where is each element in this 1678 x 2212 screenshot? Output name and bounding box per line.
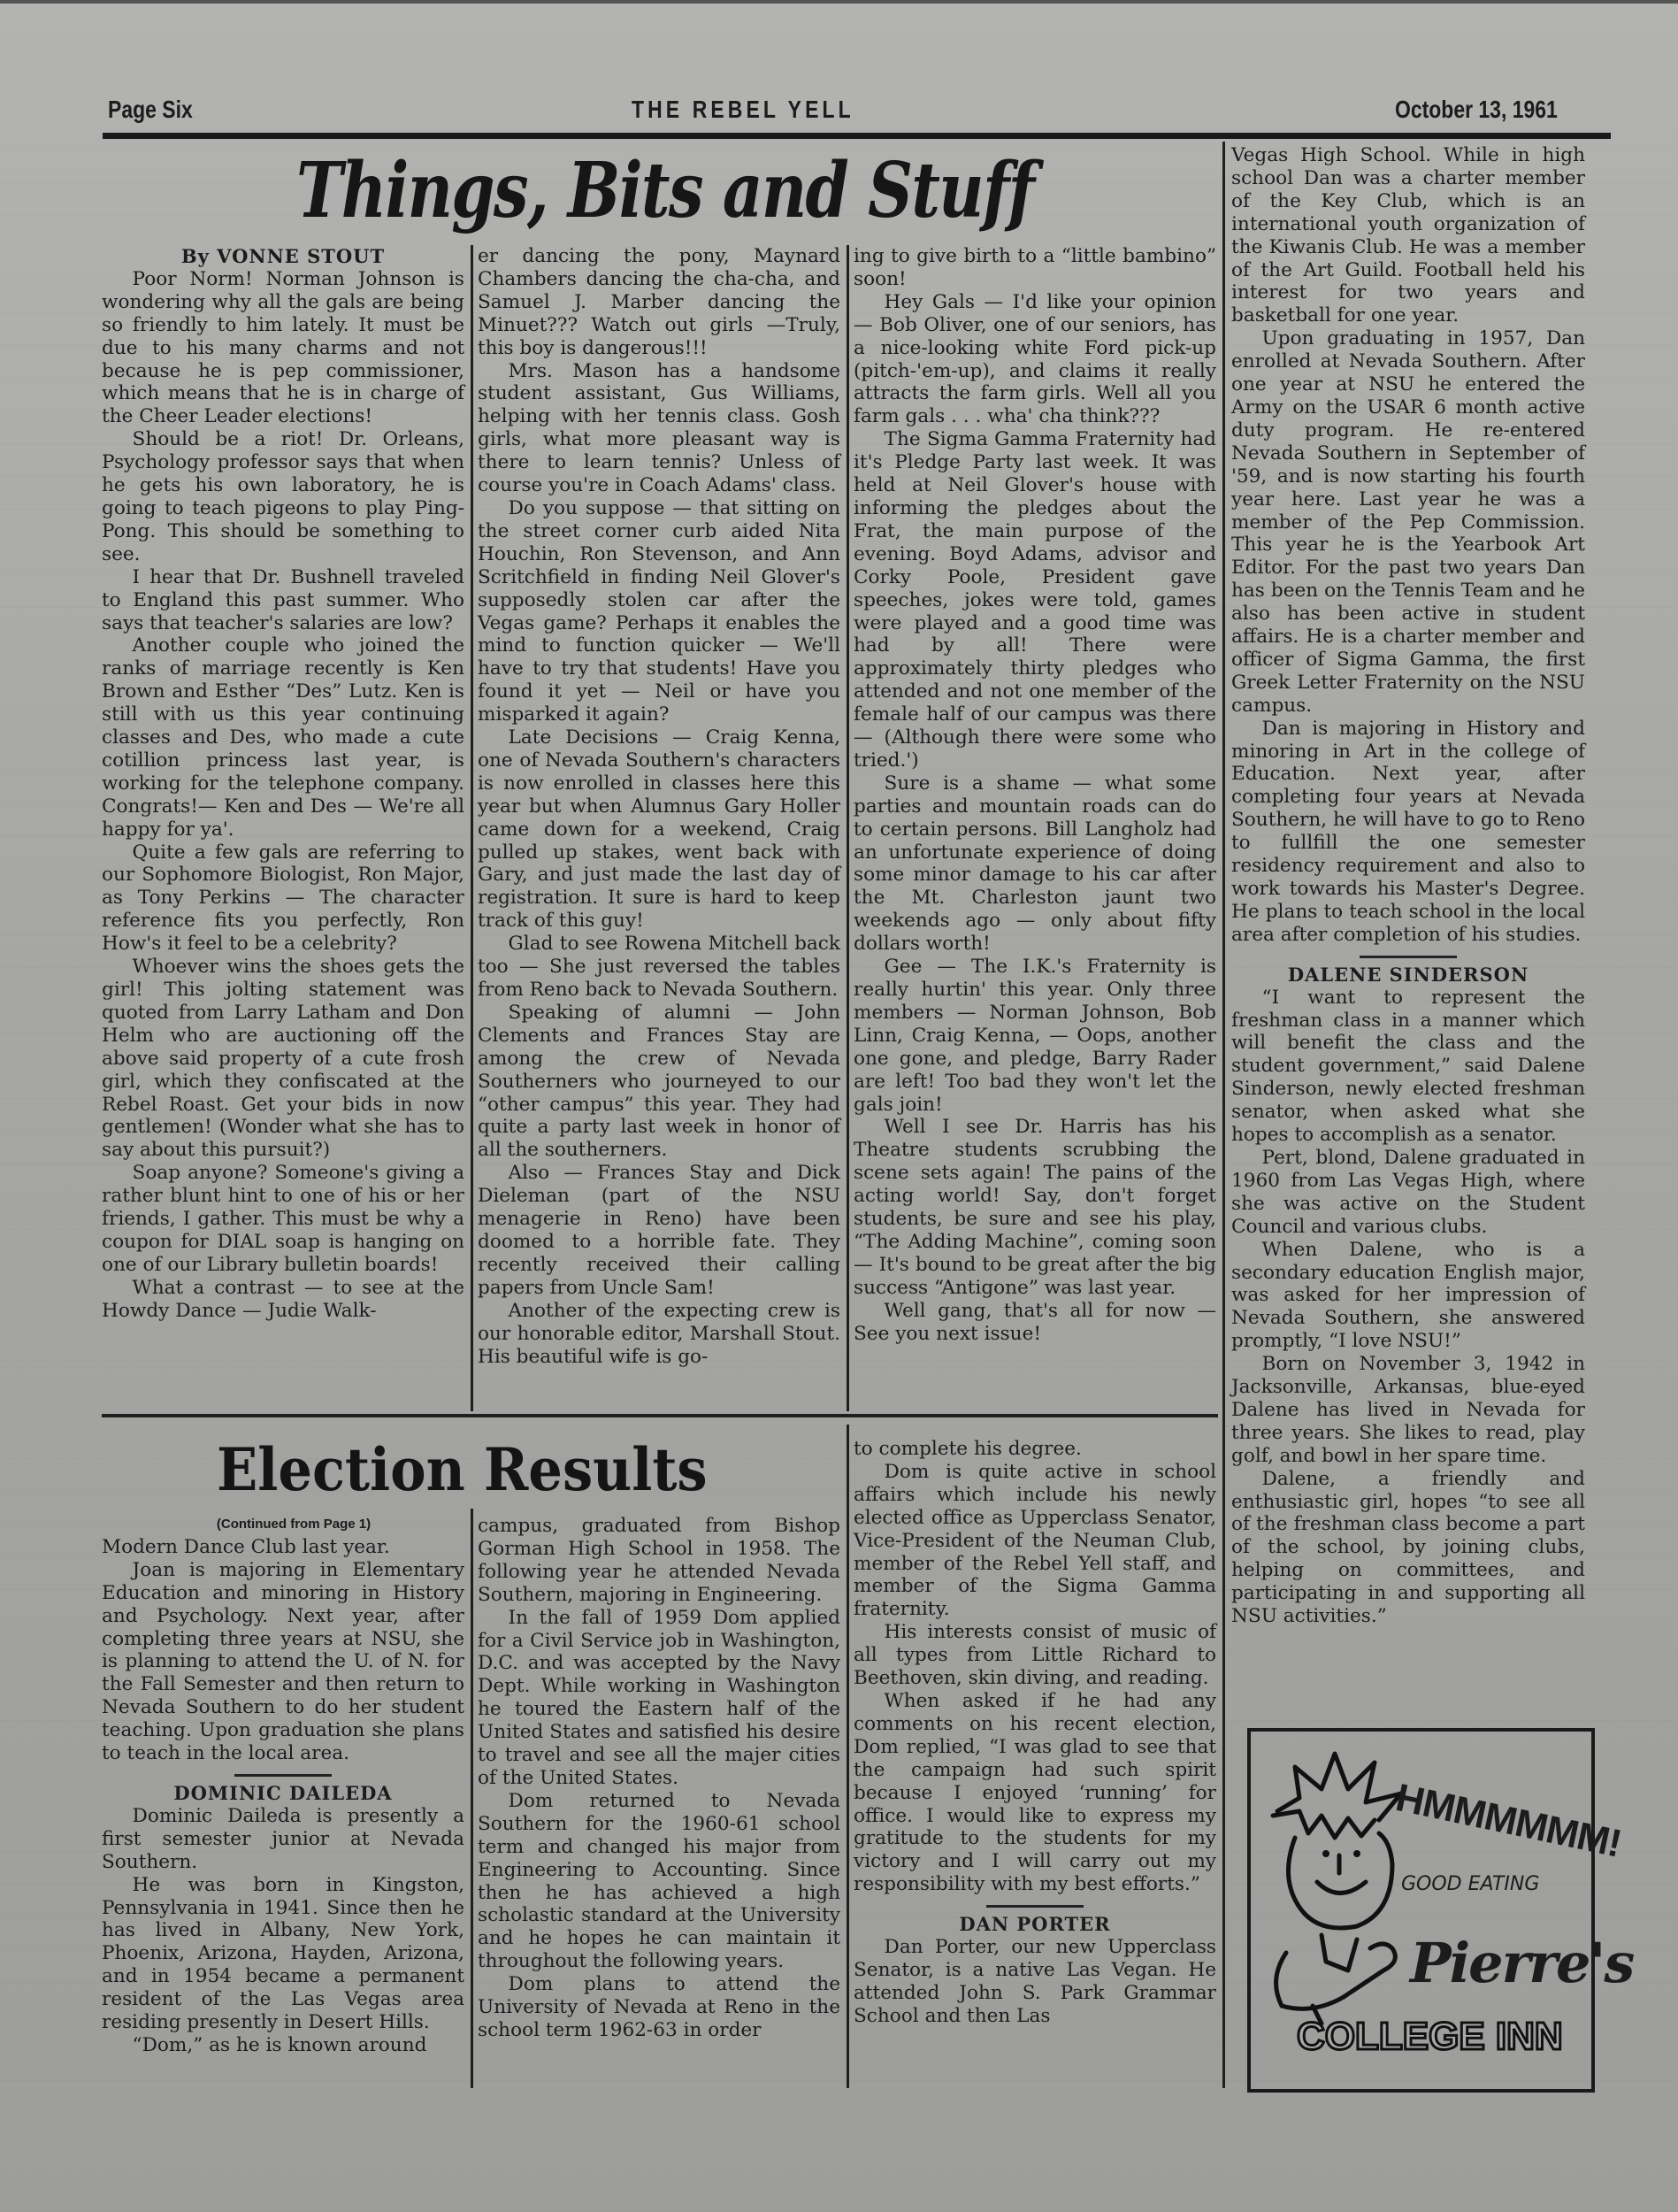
paragraph: When Dalene, who is a secondary educatio… <box>1231 1239 1585 1354</box>
paragraph: Gee — The I.K.'s Fraternity is really hu… <box>854 956 1216 1116</box>
paragraph: Dan Porter, our new Upperclass Senator, … <box>854 1936 1216 2028</box>
subhead-rule <box>1360 956 1457 958</box>
paragraph: Another couple who joined the ranks of m… <box>102 634 464 841</box>
candidate-heading: DOMINIC DAILEDA <box>102 1782 464 1805</box>
gossip-column-1: By VONNE STOUT Poor Norm! Norman Johnson… <box>102 245 464 1323</box>
column-rule <box>847 245 849 1411</box>
paragraph: Dalene, a friendly and enthusiastic girl… <box>1231 1468 1585 1628</box>
ad-exclamation: HMMMMMM! <box>1392 1776 1625 1867</box>
page-number: Page Six <box>108 96 193 124</box>
paragraph: Dan is majoring in History and minoring … <box>1231 718 1585 947</box>
issue-date: October 13, 1961 <box>1395 96 1558 124</box>
paragraph: Quite a few gals are referring to our So… <box>102 841 464 956</box>
page-top-edge <box>0 0 1678 4</box>
election-column-4: Vegas High School. While in high school … <box>1231 144 1585 1628</box>
paragraph: His interests consist of music of all ty… <box>854 1621 1216 1690</box>
election-title: Election Results <box>217 1435 708 1504</box>
paragraph: Another of the expecting crew is our hon… <box>478 1300 840 1369</box>
paragraph: Soap anyone? Someone's giving a rather b… <box>102 1162 464 1277</box>
candidate-heading: DALENE SINDERSON <box>1231 964 1585 987</box>
paragraph: Dom is quite active in school affairs wh… <box>854 1461 1216 1621</box>
paragraph: Joan is majoring in Elementary Education… <box>102 1559 464 1765</box>
cartoon-boy-icon <box>1260 1749 1410 2032</box>
paragraph: Vegas High School. While in high school … <box>1231 144 1585 327</box>
paragraph: Also — Frances Stay and Dick Dieleman (p… <box>478 1162 840 1299</box>
paragraph: He was born in Kingston, Pennsylvania in… <box>102 1874 464 2034</box>
section-divider <box>102 1414 1218 1417</box>
subhead-rule <box>986 1905 1084 1908</box>
paragraph: “Dom,” as he is known around <box>102 2034 464 2057</box>
column-rule <box>471 245 473 1411</box>
masthead: Page Six THE REBEL YELL October 13, 1961 <box>108 96 1629 131</box>
continued-note: (Continued from Page 1) <box>102 1513 464 1536</box>
paragraph: Dominic Daileda is presently a first sem… <box>102 1805 464 1874</box>
gossip-column-2: er dancing the pony, Maynard Chambers da… <box>478 245 840 1368</box>
paragraph: In the fall of 1959 Dom applied for a Ci… <box>478 1607 840 1790</box>
gossip-column-3: ing to give birth to a “little bambino” … <box>854 245 1216 1346</box>
paragraph: Sure is a shame — what some parties and … <box>854 772 1216 956</box>
election-column-3: to complete his degree. Dom is quite act… <box>854 1438 1216 2028</box>
paragraph: Well gang, that's all for now —See you n… <box>854 1300 1216 1346</box>
paragraph: Speaking of alumni — John Clements and F… <box>478 1002 840 1162</box>
paragraph: The Sigma Gamma Fraternity had it's Pled… <box>854 428 1216 772</box>
paragraph: Upon graduating in 1957, Dan enrolled at… <box>1231 327 1585 717</box>
ad-tagline: GOOD EATING <box>1401 1873 1539 1895</box>
paragraph: Hey Gals — I'd like your opinion — Bob O… <box>854 291 1216 428</box>
paragraph: Modern Dance Club last year. <box>102 1536 464 1559</box>
ad-brand: Pierre's <box>1410 1931 1633 1995</box>
paragraph: to complete his degree. <box>854 1438 1216 1461</box>
paragraph: Pert, blond, Dalene graduated in 1960 fr… <box>1231 1147 1585 1239</box>
column-rule <box>1222 142 1225 2088</box>
paragraph: Poor Norm! Norman Johnson is wondering w… <box>102 268 464 428</box>
paragraph: Whoever wins the shoes gets the girl! Th… <box>102 956 464 1162</box>
paragraph: I hear that Dr. Bushnell traveled to Eng… <box>102 566 464 635</box>
newspaper-page: Page Six THE REBEL YELL October 13, 1961… <box>0 0 1678 2212</box>
paragraph: What a contrast — to see at the Howdy Da… <box>102 1277 464 1323</box>
paragraph: Born on November 3, 1942 in Jacksonville… <box>1231 1353 1585 1468</box>
paragraph: Glad to see Rowena Mitchell back too — S… <box>478 933 840 1002</box>
column-title: Things, Bits and Stuff <box>296 146 1033 235</box>
election-column-2: campus, graduated from Bishop Gorman Hig… <box>478 1515 840 2042</box>
paragraph: campus, graduated from Bishop Gorman Hig… <box>478 1515 840 1607</box>
paragraph: Dom returned to Nevada Southern for the … <box>478 1790 840 1973</box>
election-column-1: (Continued from Page 1) Modern Dance Clu… <box>102 1513 464 2057</box>
ad-name: COLLEGE INN <box>1297 2015 1563 2059</box>
paragraph: Do you suppose — that sitting on the str… <box>478 497 840 726</box>
subhead-rule <box>234 1774 332 1777</box>
paragraph: Mrs. Mason has a handsome student assist… <box>478 360 840 497</box>
masthead-rule <box>103 133 1611 139</box>
candidate-heading: DAN PORTER <box>854 1913 1216 1936</box>
paragraph: Should be a riot! Dr. Orleans, Psycholog… <box>102 428 464 565</box>
college-inn-ad: HMMMMMM! GOOD EATING Pierre's COLLEGE IN… <box>1247 1728 1595 2093</box>
column-rule <box>471 1509 473 2088</box>
paragraph: er dancing the pony, Maynard Chambers da… <box>478 245 840 360</box>
paragraph: Late Decisions — Craig Kenna, one of Nev… <box>478 726 840 933</box>
paragraph: ing to give birth to a “little bambino” … <box>854 245 1216 291</box>
paper-name: THE REBEL YELL <box>632 96 854 124</box>
paragraph: When asked if he had any comments on his… <box>854 1690 1216 1896</box>
column-rule <box>847 1425 849 2088</box>
byline: By VONNE STOUT <box>102 245 464 268</box>
paragraph: Dom plans to attend the University of Ne… <box>478 1973 840 2042</box>
paragraph: “I want to represent the freshman class … <box>1231 987 1585 1147</box>
paragraph: Well I see Dr. Harris has his Theatre st… <box>854 1116 1216 1299</box>
